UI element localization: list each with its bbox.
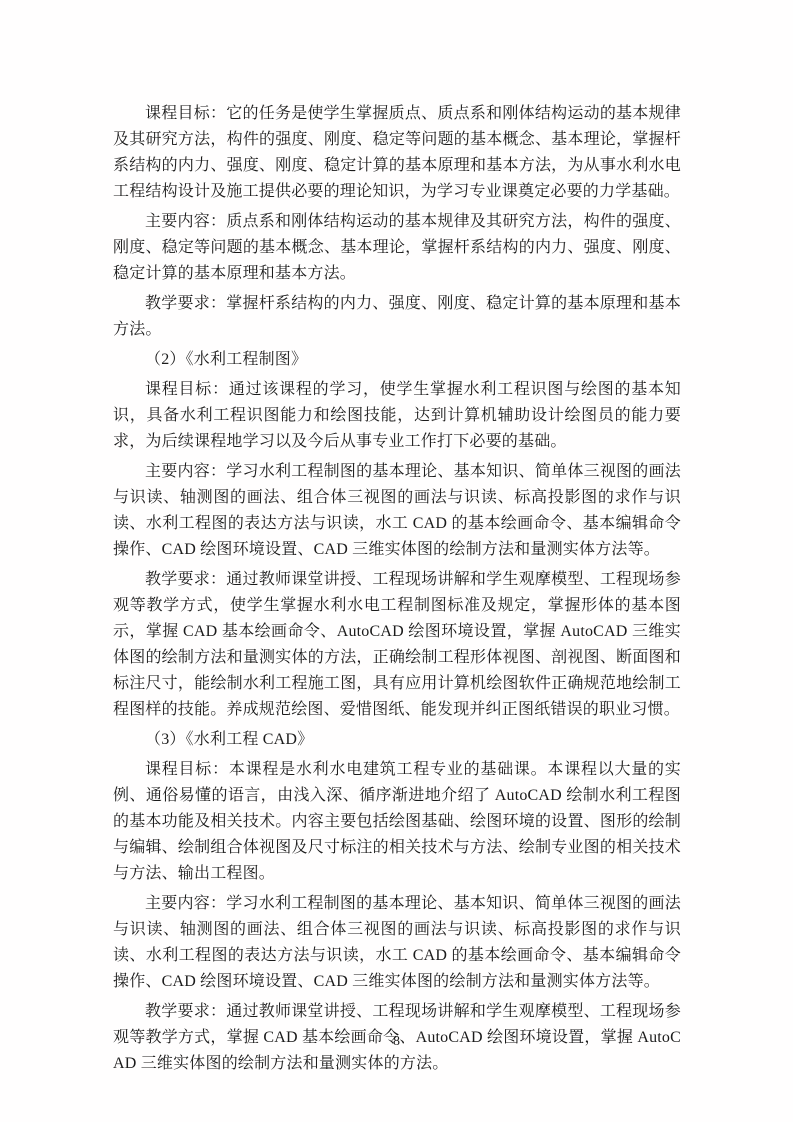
section-heading-engineering-cad: （3）《水利工程 CAD》: [113, 727, 681, 753]
paragraph-course-goal-mechanics: 课程目标：它的任务是使学生掌握质点、质点系和刚体结构运动的基本规律及其研究方法，…: [113, 101, 681, 205]
document-page: 课程目标：它的任务是使学生掌握质点、质点系和刚体结构运动的基本规律及其研究方法，…: [0, 0, 793, 1122]
page-number: 8: [0, 1031, 793, 1053]
document-body: 课程目标：它的任务是使学生掌握质点、质点系和刚体结构运动的基本规律及其研究方法，…: [113, 101, 681, 1081]
paragraph-teaching-requirement-mechanics: 教学要求：掌握杆系结构的内力、强度、刚度、稳定计算的基本原理和基本方法。: [113, 291, 681, 343]
paragraph-main-content-mechanics: 主要内容：质点系和刚体结构运动的基本规律及其研究方法，构件的强度、刚度、稳定等问…: [113, 209, 681, 287]
paragraph-main-content-drawing: 主要内容：学习水利工程制图的基本理论、基本知识、简单体三视图的画法与识读、轴测图…: [113, 459, 681, 563]
section-heading-engineering-drawing: （2）《水利工程制图》: [113, 347, 681, 373]
paragraph-course-goal-cad: 课程目标：本课程是水利水电建筑工程专业的基础课。本课程以大量的实例、通俗易懂的语…: [113, 757, 681, 887]
paragraph-teaching-requirement-drawing: 教学要求：通过教师课堂讲授、工程现场讲解和学生观摩模型、工程现场参观等教学方式，…: [113, 567, 681, 723]
paragraph-main-content-cad: 主要内容：学习水利工程制图的基本理论、基本知识、简单体三视图的画法与识读、轴测图…: [113, 891, 681, 995]
paragraph-course-goal-drawing: 课程目标：通过该课程的学习，使学生掌握水利工程识图与绘图的基本知识，具备水利工程…: [113, 377, 681, 455]
